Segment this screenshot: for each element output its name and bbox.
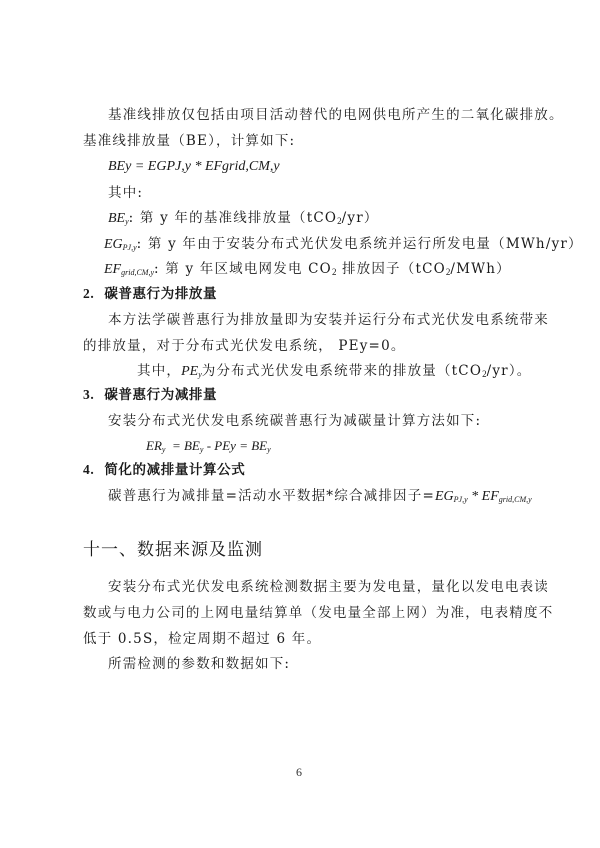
formula-eg: EGPJ,y <box>148 159 191 174</box>
definition-eg: EGPJ,y: 第 y 年由于安装分布式光伏发电系统并运行所发电量（MWh/yr… <box>104 235 583 257</box>
section-title: 碳普惠行为排放量 <box>104 286 217 302</box>
definition-be: BEy: 第 y 年的基准线排放量（tCO2/yr） <box>108 209 379 231</box>
def-symbol: BE <box>108 211 125 226</box>
section-4-heading: 4.简化的减排量计算公式 <box>83 461 245 479</box>
def-subscript: PJ,y <box>123 243 137 252</box>
formula-text: 碳普惠行为减排量=活动水平数据*综合减排因子= <box>108 488 435 504</box>
formula-be: BEy <box>108 159 131 174</box>
def-colon: : <box>137 236 148 252</box>
chapter-11-paragraph-line1: 安装分布式光伏发电系统检测数据主要为发电量，量化以发电电表读 <box>108 578 549 596</box>
section-number: 2. <box>83 286 94 301</box>
formula-eq: = <box>236 438 251 453</box>
def-tail: /yr） <box>342 210 379 226</box>
section-number: 4. <box>83 462 94 477</box>
formula-er: ER <box>146 438 162 453</box>
section-number: 3. <box>83 387 94 402</box>
definition-ef: EFgrid,CM,y: 第 y 年区域电网发电 CO2 排放因子（tCO2/M… <box>104 260 511 282</box>
section-2-heading: 2.碳普惠行为排放量 <box>83 285 217 303</box>
formula-minus: - <box>203 438 214 453</box>
def-symbol: EF <box>104 262 121 277</box>
formula-subscript: y <box>267 445 271 454</box>
chapter-11-heading: 十一、数据来源及监测 <box>83 541 263 559</box>
section-3-heading: 3.碳普惠行为减排量 <box>83 386 217 404</box>
def-subscript: grid,CM,y <box>121 268 154 277</box>
baseline-formula: BEy = EGPJ,y * EFgrid,CM,y <box>108 158 280 176</box>
section-2-note: 其中，PEy为分布式光伏发电系统带来的排放量（tCO2/yr）。 <box>137 362 532 384</box>
def-text: 第 y 年的基准线排放量（tCO <box>140 210 337 226</box>
section-4-formula-line: 碳普惠行为减排量=活动水平数据*综合减排因子=EGPJ,y * EFgrid,C… <box>108 487 532 509</box>
section-3-paragraph: 安装分布式光伏发电系统碳普惠行为减碳量计算方法如下: <box>108 412 481 430</box>
def-symbol: EG <box>104 237 123 252</box>
section-2-paragraph-line1: 本方法学碳普惠行为排放量即为安装并运行分布式光伏发电系统带来 <box>108 311 549 329</box>
chapter-11-paragraph-2: 所需检测的参数和数据如下: <box>108 655 290 673</box>
page-number: 6 <box>296 765 302 780</box>
formula-pe: PEy <box>214 438 236 453</box>
baseline-paragraph-line2: 基准线排放量（BE），计算如下: <box>83 132 295 150</box>
def-tail-2: /MWh） <box>450 261 510 277</box>
def-text: 第 y 年区域电网发电 CO <box>165 261 332 277</box>
formula-ef: EFgrid,CM,y <box>205 159 280 174</box>
note-prefix: 其中， <box>137 363 181 379</box>
baseline-paragraph-line1: 基准线排放仅包括由项目活动替代的电网供电所产生的二氧化碳排放。 <box>108 106 564 124</box>
section-2-paragraph-line2: 的排放量，对于分布式光伏发电系统， PEy=0。 <box>83 337 406 355</box>
def-colon: : <box>154 261 165 277</box>
section-title: 碳普惠行为减排量 <box>104 387 217 403</box>
chapter-11-paragraph-line3: 低于 0.5S，检定周期不超过 6 年。 <box>83 630 321 648</box>
section-3-formula: ERy = BEy - PEy = BEy <box>146 437 271 459</box>
formula-op: * <box>191 159 205 174</box>
def-text: 第 y 年由于安装分布式光伏发电系统并运行所发电量（MWh/yr） <box>148 236 583 252</box>
chapter-11-paragraph-line2: 数或与电力公司的上网电量结算单（发电量全部上网）为准，电表精度不 <box>83 604 553 622</box>
formula-be: BE <box>251 438 267 453</box>
formula-eg: EG <box>435 489 454 504</box>
formula-ef: EF <box>482 489 499 504</box>
def-tail: 排放因子（tCO <box>336 261 445 277</box>
formula-eq: = <box>165 438 184 453</box>
formula-be: BE <box>184 438 200 453</box>
formula-subscript: PJ,y <box>454 495 468 504</box>
note-text: 为分布式光伏发电系统带来的排放量（tCO <box>202 363 482 379</box>
formula-subscript: grid,CM,y <box>499 495 532 504</box>
note-tail: /yr）。 <box>487 363 532 379</box>
where-label: 其中: <box>108 184 143 202</box>
formula-eq: = <box>131 159 147 174</box>
section-title: 简化的减排量计算公式 <box>104 462 245 478</box>
note-symbol: PE <box>181 364 198 379</box>
def-colon: : <box>129 210 140 226</box>
formula-op: * <box>468 489 482 504</box>
